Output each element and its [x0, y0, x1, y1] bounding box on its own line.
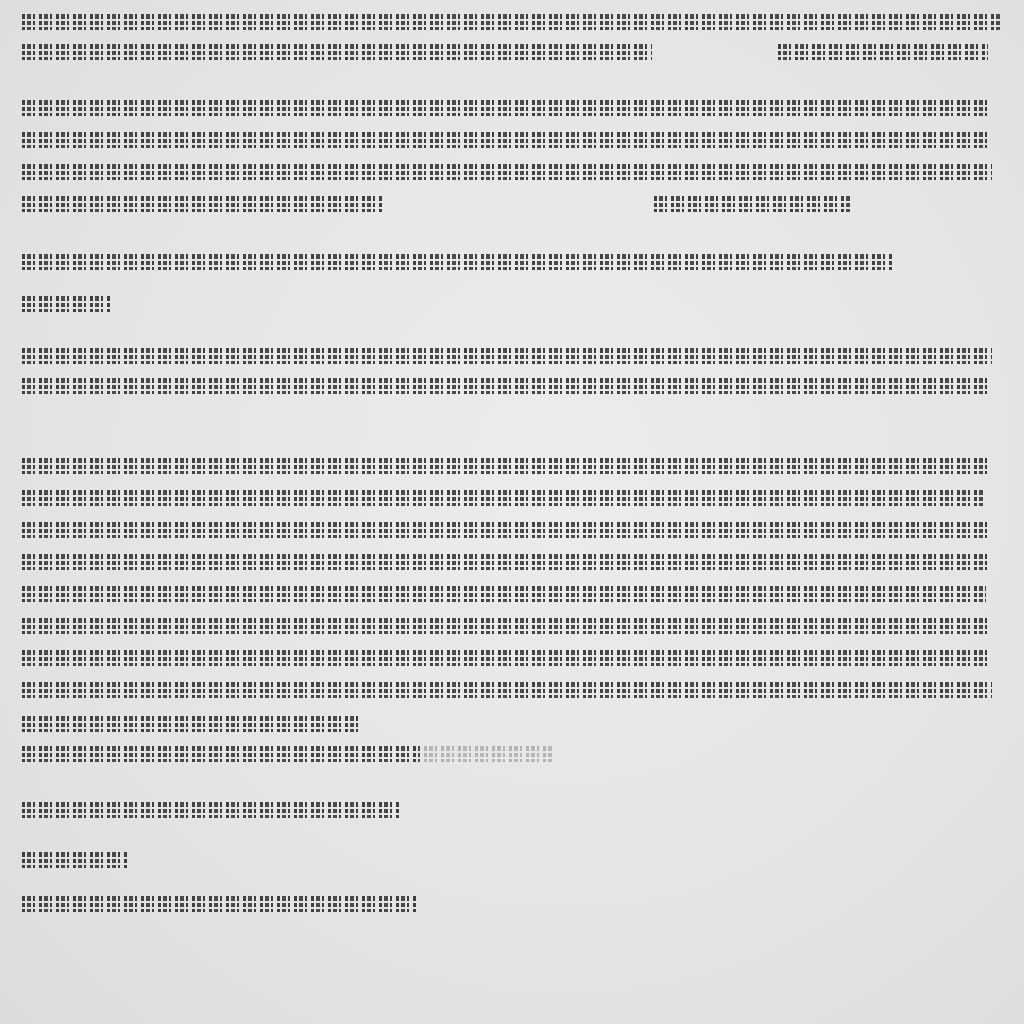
text-line	[22, 892, 416, 912]
text-line	[22, 160, 992, 180]
text-line	[22, 192, 382, 212]
text-line	[22, 10, 1002, 30]
text-line	[22, 250, 892, 270]
text-line	[22, 798, 400, 818]
text-line	[22, 646, 988, 666]
text-line	[22, 742, 420, 762]
text-line	[22, 344, 992, 364]
text-line-right-fragment	[778, 40, 988, 60]
text-line-right-fragment	[654, 192, 850, 212]
text-line	[22, 374, 990, 394]
text-line	[22, 40, 652, 60]
text-line	[22, 128, 988, 148]
text-line	[22, 518, 988, 538]
text-line-short	[22, 848, 128, 868]
text-line	[22, 582, 986, 602]
text-line-short	[22, 292, 110, 312]
text-line	[22, 486, 984, 506]
text-line	[22, 678, 992, 698]
text-line	[22, 712, 358, 732]
text-line	[22, 454, 988, 474]
text-line	[22, 614, 988, 634]
text-line	[22, 96, 990, 116]
text-line-faded	[424, 742, 552, 762]
text-line	[22, 550, 988, 570]
document-page: Scanned-looking page of dense pseudo-CJK…	[0, 0, 1024, 1024]
